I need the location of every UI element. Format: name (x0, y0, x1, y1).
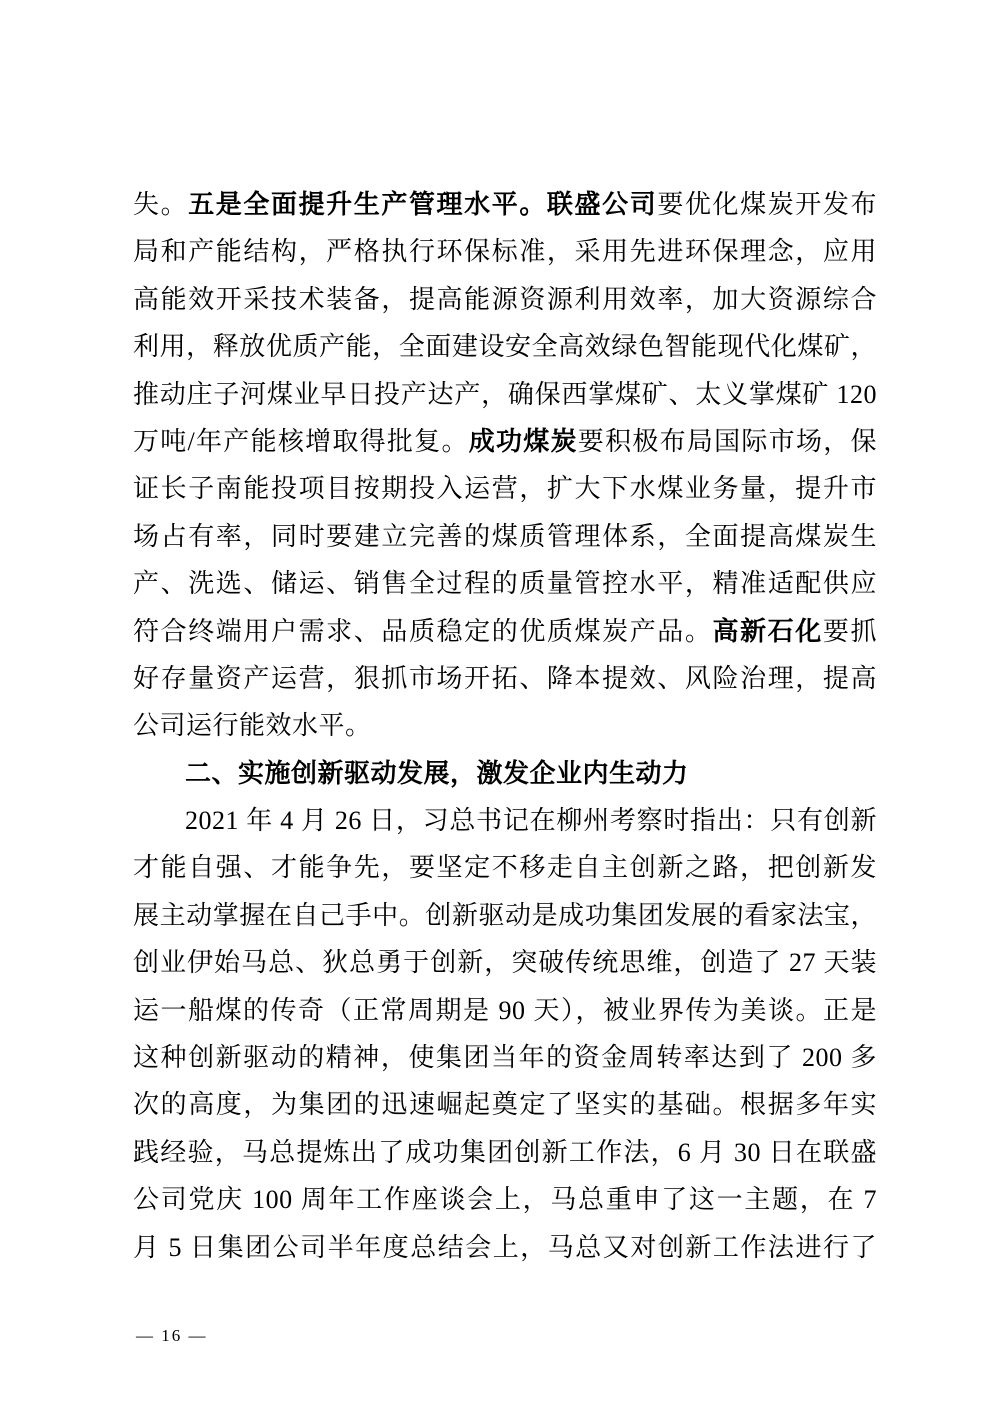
text-line: 二、实施创新驱动发展，激发企业内生动力 (133, 750, 877, 797)
body-text: 践经验，马总提炼出了成功集团创新工作法，6 月 30 日在联盛 (133, 1138, 877, 1167)
body-text: 证长子南能投项目按期投入运营，扩大下水煤业务量，提升市 (133, 474, 877, 503)
body-text: 万吨/年产能核增取得批复。 (133, 427, 469, 456)
text-line: 展主动掌握在自己手中。创新驱动是成功集团发展的看家法宝， (133, 892, 877, 939)
body-text: 月 5 日集团公司半年度总结会上，马总又对创新工作法进行了 (133, 1233, 877, 1262)
emphasized-text: 五是全面提升生产管理水平。联盛公司 (188, 190, 657, 219)
body-text: 运一船煤的传奇（正常周期是 90 天），被业界传为美谈。正是 (133, 996, 877, 1025)
paragraph: 失。五是全面提升生产管理水平。联盛公司要优化煤炭开发布局和产能结构，严格执行环保… (133, 181, 877, 750)
emphasized-text: 高新石化 (712, 617, 822, 646)
section-heading: 二、实施创新驱动发展，激发企业内生动力 (133, 750, 877, 797)
body-text: 局和产能结构，严格执行环保标准，采用先进环保理念，应用 (133, 237, 877, 266)
body-text: 符合终端用户需求、品质稳定的优质煤炭产品。 (133, 617, 712, 646)
body-text: 失。 (133, 190, 188, 219)
body-text: 公司党庆 100 周年工作座谈会上，马总重申了这一主题，在 7 (133, 1185, 877, 1214)
body-text: 才能自强、才能争先，要坚定不移走自主创新之路，把创新发 (133, 853, 877, 882)
body-text: 推动庄子河煤业早日投产达产，确保西掌煤矿、太义掌煤矿 120 (133, 380, 877, 409)
emphasized-text: 二、实施创新驱动发展，激发企业内生动力 (185, 758, 689, 788)
text-line: 失。五是全面提升生产管理水平。联盛公司要优化煤炭开发布 (133, 181, 877, 228)
document-body: 失。五是全面提升生产管理水平。联盛公司要优化煤炭开发布局和产能结构，严格执行环保… (133, 181, 877, 1271)
text-line: 2021 年 4 月 26 日，习总书记在柳州考察时指出：只有创新 (133, 797, 877, 844)
body-text: 利用，释放优质产能，全面建设安全高效绿色智能现代化煤矿， (133, 332, 877, 361)
body-text: 好存量资产运营，狠抓市场开拓、降本提效、风险治理，提高 (133, 664, 877, 693)
body-text: 要抓 (823, 617, 877, 646)
text-line: 运一船煤的传奇（正常周期是 90 天），被业界传为美谈。正是 (133, 987, 877, 1034)
paragraph: 2021 年 4 月 26 日，习总书记在柳州考察时指出：只有创新才能自强、才能… (133, 797, 877, 1271)
body-text: 高能效开采技术装备，提高能源资源利用效率，加大资源综合 (133, 285, 877, 314)
text-line: 场占有率，同时要建立完善的煤质管理体系，全面提高煤炭生 (133, 513, 877, 560)
text-line: 万吨/年产能核增取得批复。成功煤炭要积极布局国际市场，保 (133, 418, 877, 465)
body-text: 创业伊始马总、狄总勇于创新，突破传统思维，创造了 27 天装 (133, 948, 877, 977)
text-line: 高能效开采技术装备，提高能源资源利用效率，加大资源综合 (133, 276, 877, 323)
text-line: 证长子南能投项目按期投入运营，扩大下水煤业务量，提升市 (133, 465, 877, 512)
text-line: 月 5 日集团公司半年度总结会上，马总又对创新工作法进行了 (133, 1224, 877, 1271)
text-line: 利用，释放优质产能，全面建设安全高效绿色智能现代化煤矿， (133, 323, 877, 370)
body-text: 这种创新驱动的精神，使集团当年的资金周转率达到了 200 多 (133, 1043, 877, 1072)
text-line: 公司党庆 100 周年工作座谈会上，马总重申了这一主题，在 7 (133, 1176, 877, 1223)
body-text: 要优化煤炭开发布 (657, 190, 877, 219)
body-text: 要积极布局国际市场，保 (578, 427, 877, 456)
page-number: — 16 — (136, 1326, 208, 1346)
text-line: 才能自强、才能争先，要坚定不移走自主创新之路，把创新发 (133, 844, 877, 891)
body-text: 次的高度，为集团的迅速崛起奠定了坚实的基础。根据多年实 (133, 1090, 877, 1119)
document-page: 失。五是全面提升生产管理水平。联盛公司要优化煤炭开发布局和产能结构，严格执行环保… (0, 0, 1000, 1414)
text-line: 好存量资产运营，狠抓市场开拓、降本提效、风险治理，提高 (133, 655, 877, 702)
text-line: 推动庄子河煤业早日投产达产，确保西掌煤矿、太义掌煤矿 120 (133, 371, 877, 418)
text-line: 这种创新驱动的精神，使集团当年的资金周转率达到了 200 多 (133, 1034, 877, 1081)
body-text: 产、洗选、储运、销售全过程的质量管控水平，精准适配供应 (133, 569, 877, 598)
body-text: 展主动掌握在自己手中。创新驱动是成功集团发展的看家法宝， (133, 901, 877, 930)
body-text: 场占有率，同时要建立完善的煤质管理体系，全面提高煤炭生 (133, 522, 877, 551)
text-line: 践经验，马总提炼出了成功集团创新工作法，6 月 30 日在联盛 (133, 1129, 877, 1176)
text-line: 次的高度，为集团的迅速崛起奠定了坚实的基础。根据多年实 (133, 1081, 877, 1128)
text-line: 符合终端用户需求、品质稳定的优质煤炭产品。高新石化要抓 (133, 608, 877, 655)
text-line: 公司运行能效水平。 (133, 702, 877, 749)
body-text: 2021 年 4 月 26 日，习总书记在柳州考察时指出：只有创新 (185, 806, 877, 835)
body-text: 公司运行能效水平。 (133, 711, 372, 740)
text-line: 产、洗选、储运、销售全过程的质量管控水平，精准适配供应 (133, 560, 877, 607)
emphasized-text: 成功煤炭 (469, 427, 578, 456)
text-line: 创业伊始马总、狄总勇于创新，突破传统思维，创造了 27 天装 (133, 939, 877, 986)
text-line: 局和产能结构，严格执行环保标准，采用先进环保理念，应用 (133, 228, 877, 275)
